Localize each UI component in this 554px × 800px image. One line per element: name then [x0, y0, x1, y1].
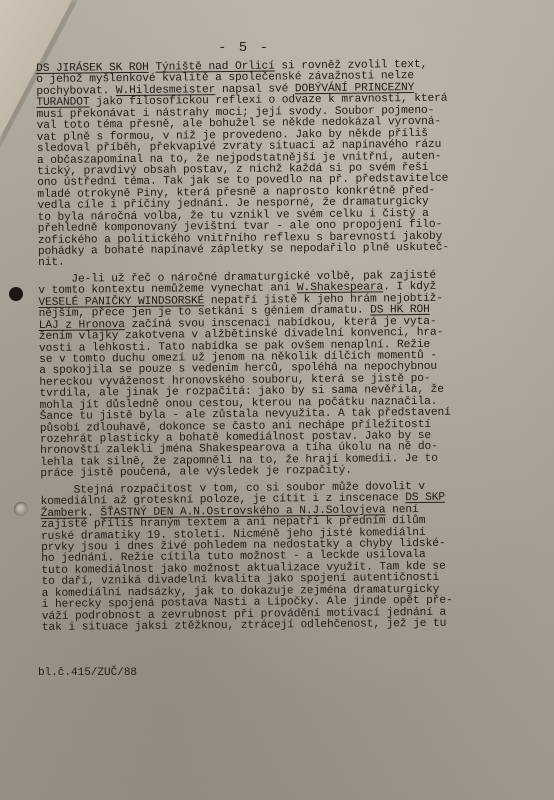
page-number: - 5 -: [214, 40, 274, 56]
paragraph: Stejná rozpačitost v tom, co si soubor m…: [40, 481, 502, 634]
punch-hole-bottom: [14, 502, 28, 516]
text-segment: .: [87, 507, 100, 519]
paragraph: DS JIRÁSEK SK ROH Týniště nad Orlicí si …: [36, 59, 498, 270]
text-segment: nit.: [38, 257, 65, 269]
typewritten-body: DS JIRÁSEK SK ROH Týniště nad Orlicí si …: [36, 59, 502, 634]
underlined-title: DS SKP: [405, 492, 445, 504]
paragraph: Je-li už řeč o náročné dramaturgické vol…: [38, 270, 500, 481]
document-reference: bl.č.415/ZUČ/88: [38, 667, 137, 679]
punch-hole-top: [9, 287, 23, 301]
